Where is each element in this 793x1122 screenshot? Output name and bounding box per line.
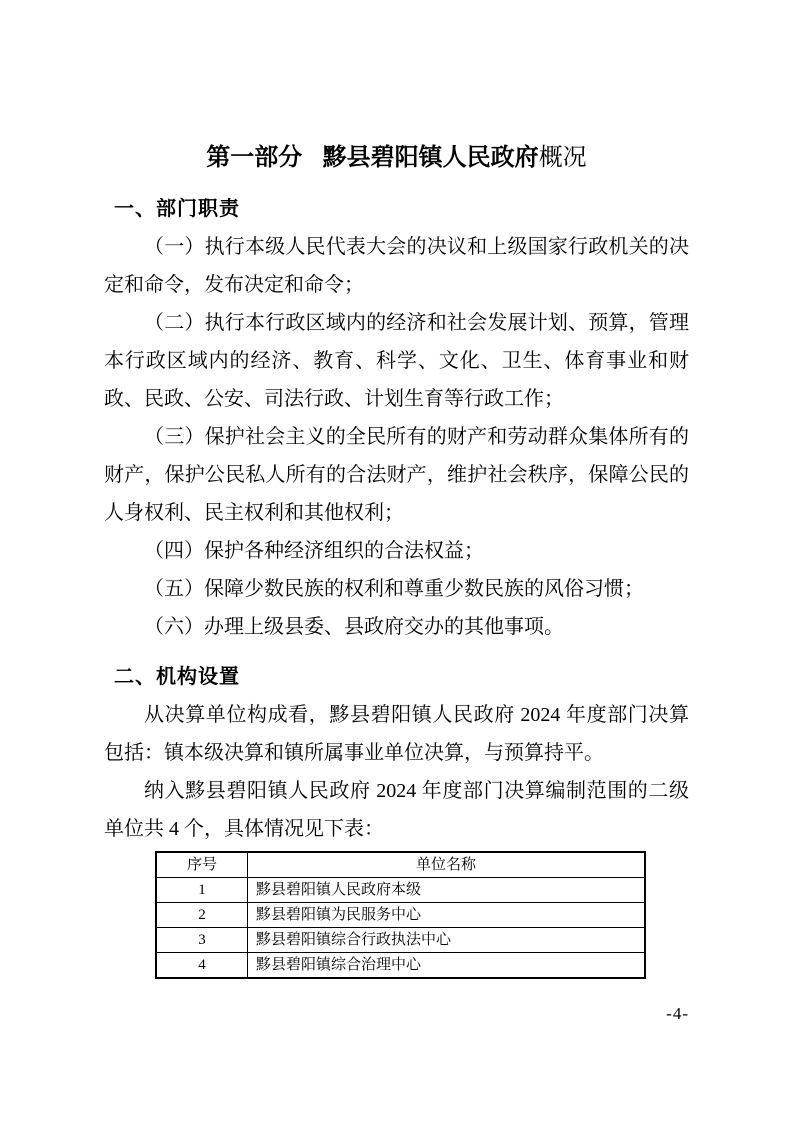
page-title-department-name: 黟县碧阳镇人民政府 — [323, 145, 539, 171]
table-header-index: 序号 — [156, 852, 248, 878]
unit-name-cell: 黟县碧阳镇为民服务中心 — [248, 903, 646, 928]
unit-index-cell: 4 — [156, 953, 248, 979]
unit-name-cell: 黟县碧阳镇综合行政执法中心 — [248, 928, 646, 953]
paragraph: （四）保护各种经济组织的合法权益； — [104, 532, 689, 570]
page-title-suffix: 概况 — [539, 144, 587, 171]
page-number: -4- — [104, 1004, 689, 1024]
paragraph: 从决算单位构成看，黟县碧阳镇人民政府 2024 年度部门决算包括：镇本级决算和镇… — [104, 696, 689, 772]
paragraph: （六）办理上级县委、县政府交办的其他事项。 — [104, 608, 689, 646]
table-row: 1 黟县碧阳镇人民政府本级 — [156, 878, 645, 903]
paragraph: （一）执行本级人民代表大会的决议和上级国家行政机关的决定和命令，发布决定和命令； — [104, 228, 689, 304]
page-title-part-number: 第一部分 — [206, 144, 302, 171]
document-page: 第一部分黟县碧阳镇人民政府概况 一、部门职责 （一）执行本级人民代表大会的决议和… — [0, 0, 793, 1122]
unit-index-cell: 3 — [156, 928, 248, 953]
section-heading: 二、机构设置 — [104, 658, 689, 696]
paragraph: 纳入黟县碧阳镇人民政府 2024 年度部门决算编制范围的二级单位共 4 个，具体… — [104, 772, 689, 848]
units-table-head: 序号 单位名称 — [156, 852, 645, 878]
table-row: 3 黟县碧阳镇综合行政执法中心 — [156, 928, 645, 953]
document-section: 二、机构设置 从决算单位构成看，黟县碧阳镇人民政府 2024 年度部门决算包括：… — [104, 658, 689, 848]
unit-name-cell: 黟县碧阳镇综合治理中心 — [248, 953, 646, 979]
document-body: 一、部门职责 （一）执行本级人民代表大会的决议和上级国家行政机关的决定和命令，发… — [104, 190, 689, 848]
table-header-unit-name: 单位名称 — [248, 852, 646, 878]
unit-index-cell: 2 — [156, 903, 248, 928]
unit-index-cell: 1 — [156, 878, 248, 903]
paragraph: （五）保障少数民族的权利和尊重少数民族的风俗习惯； — [104, 570, 689, 608]
page-title: 第一部分黟县碧阳镇人民政府概况 — [104, 138, 689, 178]
paragraph: （二）执行本行政区域内的经济和社会发展计划、预算，管理本行政区域内的经济、教育、… — [104, 304, 689, 418]
units-table: 序号 单位名称 1 黟县碧阳镇人民政府本级 2 黟县碧阳镇为民服务中心 3 黟县… — [155, 851, 646, 979]
table-header-row: 序号 单位名称 — [156, 852, 645, 878]
table-row: 4 黟县碧阳镇综合治理中心 — [156, 953, 645, 979]
paragraph: （三）保护社会主义的全民所有的财产和劳动群众集体所有的财产，保护公民私人所有的合… — [104, 418, 689, 532]
unit-name-cell: 黟县碧阳镇人民政府本级 — [248, 878, 646, 903]
section-heading: 一、部门职责 — [104, 190, 689, 228]
table-row: 2 黟县碧阳镇为民服务中心 — [156, 903, 645, 928]
document-content: 第一部分黟县碧阳镇人民政府概况 一、部门职责 （一）执行本级人民代表大会的决议和… — [0, 0, 793, 1024]
document-section: 一、部门职责 （一）执行本级人民代表大会的决议和上级国家行政机关的决定和命令，发… — [104, 190, 689, 646]
units-table-body: 1 黟县碧阳镇人民政府本级 2 黟县碧阳镇为民服务中心 3 黟县碧阳镇综合行政执… — [156, 878, 645, 979]
